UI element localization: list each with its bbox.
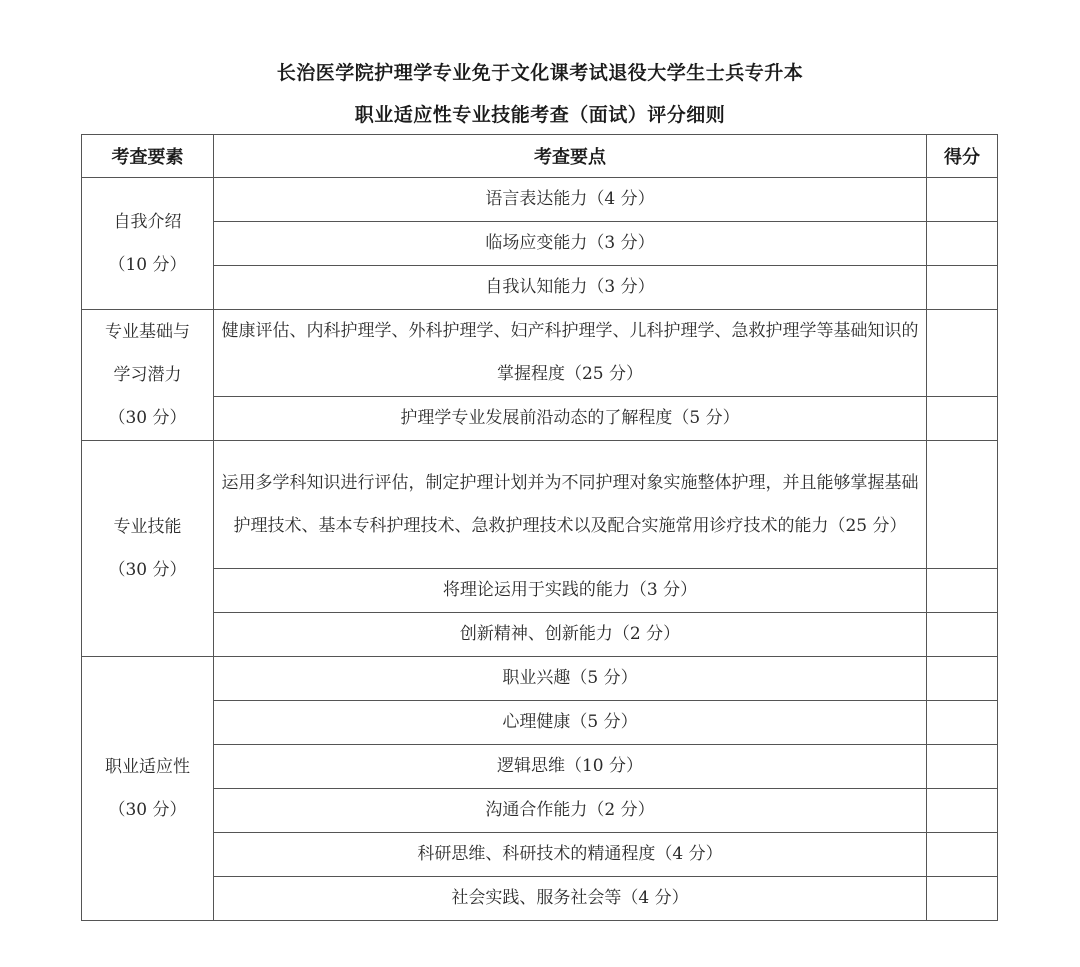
element-name-line2: 学习潜力 (82, 354, 213, 397)
table-row: 职业适应性 （30 分） 职业兴趣（5 分） (82, 657, 998, 701)
table-row: 科研思维、科研技术的精通程度（4 分） (82, 833, 998, 877)
point-cell: 科研思维、科研技术的精通程度（4 分） (214, 833, 927, 877)
scoring-table: 考查要素 考查要点 得分 自我介绍 （10 分） 语言表达能力（4 分） 临场应… (81, 134, 998, 921)
score-cell[interactable] (927, 745, 998, 789)
score-cell[interactable] (927, 657, 998, 701)
element-score: （30 分） (82, 397, 213, 440)
element-score: （10 分） (82, 244, 213, 287)
point-cell: 社会实践、服务社会等（4 分） (214, 877, 927, 921)
header-score: 得分 (927, 135, 998, 178)
score-cell[interactable] (927, 877, 998, 921)
table-row: 护理学专业发展前沿动态的了解程度（5 分） (82, 397, 998, 441)
score-cell[interactable] (927, 613, 998, 657)
score-cell[interactable] (927, 222, 998, 266)
point-cell: 运用多学科知识进行评估，制定护理计划并为不同护理对象实施整体护理，并且能够掌握基… (214, 441, 927, 569)
table-row: 创新精神、创新能力（2 分） (82, 613, 998, 657)
point-cell: 职业兴趣（5 分） (214, 657, 927, 701)
point-cell: 护理学专业发展前沿动态的了解程度（5 分） (214, 397, 927, 441)
point-cell: 将理论运用于实践的能力（3 分） (214, 569, 927, 613)
point-cell: 临场应变能力（3 分） (214, 222, 927, 266)
score-cell[interactable] (927, 441, 998, 569)
header-points: 考查要点 (214, 135, 927, 178)
score-cell[interactable] (927, 266, 998, 310)
element-foundation: 专业基础与 学习潜力 （30 分） (82, 310, 214, 441)
element-career-fit: 职业适应性 （30 分） (82, 657, 214, 921)
element-score: （30 分） (82, 789, 213, 832)
document-title-line1: 长治医学院护理学专业免于文化课考试退役大学生士兵专升本 (0, 58, 1080, 85)
table-header-row: 考查要素 考查要点 得分 (82, 135, 998, 178)
score-cell[interactable] (927, 569, 998, 613)
point-cell: 创新精神、创新能力（2 分） (214, 613, 927, 657)
point-cell: 健康评估、内科护理学、外科护理学、妇产科护理学、儿科护理学、急救护理学等基础知识… (214, 310, 927, 397)
score-cell[interactable] (927, 310, 998, 397)
element-name-line1: 专业基础与 (82, 311, 213, 354)
table-row: 社会实践、服务社会等（4 分） (82, 877, 998, 921)
element-professional-skills: 专业技能 （30 分） (82, 441, 214, 657)
point-cell: 心理健康（5 分） (214, 701, 927, 745)
score-cell[interactable] (927, 397, 998, 441)
table-row: 专业技能 （30 分） 运用多学科知识进行评估，制定护理计划并为不同护理对象实施… (82, 441, 998, 569)
element-name: 专业技能 (82, 506, 213, 549)
score-cell[interactable] (927, 833, 998, 877)
table-row: 自我认知能力（3 分） (82, 266, 998, 310)
table-row: 临场应变能力（3 分） (82, 222, 998, 266)
table-row: 沟通合作能力（2 分） (82, 789, 998, 833)
table-row: 专业基础与 学习潜力 （30 分） 健康评估、内科护理学、外科护理学、妇产科护理… (82, 310, 998, 397)
element-name: 职业适应性 (82, 746, 213, 789)
point-cell: 自我认知能力（3 分） (214, 266, 927, 310)
score-cell[interactable] (927, 178, 998, 222)
element-score: （30 分） (82, 549, 213, 592)
score-cell[interactable] (927, 789, 998, 833)
point-cell: 语言表达能力（4 分） (214, 178, 927, 222)
table-row: 将理论运用于实践的能力（3 分） (82, 569, 998, 613)
point-cell: 逻辑思维（10 分） (214, 745, 927, 789)
point-cell: 沟通合作能力（2 分） (214, 789, 927, 833)
table-row: 逻辑思维（10 分） (82, 745, 998, 789)
table-row: 心理健康（5 分） (82, 701, 998, 745)
document-title-line2: 职业适应性专业技能考查（面试）评分细则 (0, 100, 1080, 127)
header-element: 考查要素 (82, 135, 214, 178)
element-self-intro: 自我介绍 （10 分） (82, 178, 214, 310)
score-cell[interactable] (927, 701, 998, 745)
element-name: 自我介绍 (82, 201, 213, 244)
table-row: 自我介绍 （10 分） 语言表达能力（4 分） (82, 178, 998, 222)
